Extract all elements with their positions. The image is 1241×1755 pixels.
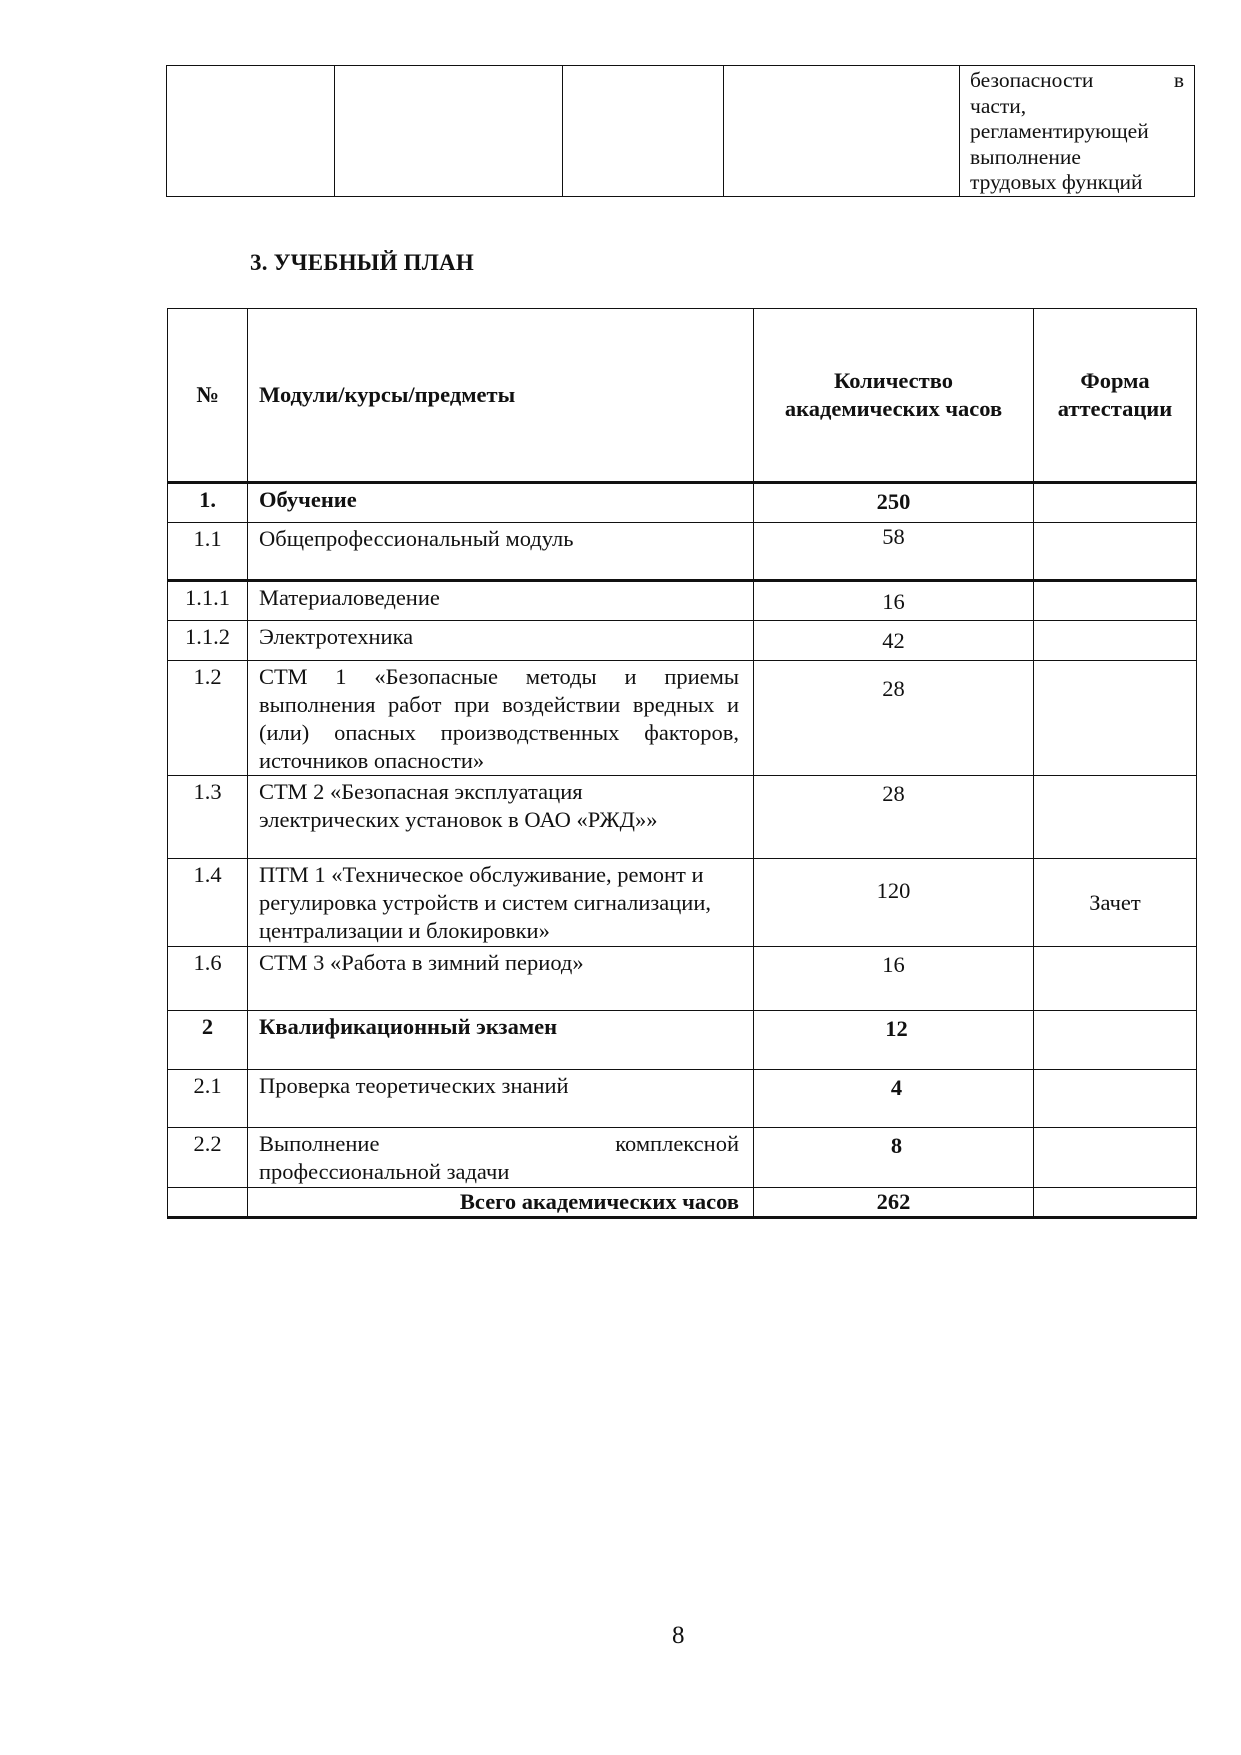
row-name-word: профессиональной задачи xyxy=(259,1158,739,1186)
row-hours: 28 xyxy=(754,776,1034,859)
table-header-row: № Модули/курсы/предметы Количество акаде… xyxy=(168,309,1197,483)
header-number: № xyxy=(168,309,248,483)
row-form xyxy=(1034,483,1197,523)
row-number: 1.4 xyxy=(168,859,248,947)
row-form xyxy=(1034,621,1197,661)
section-heading: 3. УЧЕБНЫЙ ПЛАН xyxy=(250,250,474,276)
row-form xyxy=(1034,1070,1197,1128)
header-form-line: Форма xyxy=(1044,367,1186,395)
cell-text: части, xyxy=(970,94,1184,120)
row-hours: 42 xyxy=(754,621,1034,661)
table-row: безопасности в части, регламентирующей в… xyxy=(167,66,1195,197)
row-name: Обучение xyxy=(248,483,754,523)
row-form xyxy=(1034,581,1197,621)
table-row: 1.6 СТМ 3 «Работа в зимний период» 16 xyxy=(168,947,1197,1011)
table-row: 1.1.2 Электротехника 42 xyxy=(168,621,1197,661)
table-row: 1.2 СТМ 1 «Безопасные методы и приемы вы… xyxy=(168,661,1197,776)
row-name: Проверка теоретических знаний xyxy=(248,1070,754,1128)
page-number: 8 xyxy=(672,1622,685,1650)
row-form xyxy=(1034,776,1197,859)
total-hours: 262 xyxy=(754,1188,1034,1218)
table-row: 1. Обучение 250 xyxy=(168,483,1197,523)
row-number: 1.3 xyxy=(168,776,248,859)
row-name: Квалификационный экзамен xyxy=(248,1011,754,1070)
row-form xyxy=(1034,1128,1197,1188)
row-number: 1.6 xyxy=(168,947,248,1011)
header-name: Модули/курсы/предметы xyxy=(248,309,754,483)
row-name: Выполнение комплексной профессиональной … xyxy=(248,1128,754,1188)
total-label: Всего академических часов xyxy=(248,1188,754,1218)
total-empty-cell xyxy=(168,1188,248,1218)
total-form-cell xyxy=(1034,1188,1197,1218)
empty-cell xyxy=(167,66,335,197)
row-form: Зачет xyxy=(1034,859,1197,947)
row-number: 1. xyxy=(168,483,248,523)
row-number: 2 xyxy=(168,1011,248,1070)
header-hours: Количество академических часов xyxy=(754,309,1034,483)
row-hours: 28 xyxy=(754,661,1034,776)
row-hours: 250 xyxy=(754,483,1034,523)
row-hours: 120 xyxy=(754,859,1034,947)
requirements-cell: безопасности в части, регламентирующей в… xyxy=(960,66,1195,197)
cell-text: выполнение xyxy=(970,145,1184,171)
row-name: ПТМ 1 «Техническое обслуживание, ремонт … xyxy=(248,859,754,947)
header-hours-line: Количество xyxy=(764,367,1023,395)
empty-cell xyxy=(563,66,724,197)
row-name: СТМ 1 «Безопасные методы и приемы выполн… xyxy=(248,661,754,776)
table-row: 1.1 Общепрофессиональный модуль 58 xyxy=(168,523,1197,581)
row-form xyxy=(1034,661,1197,776)
table-row: 2.2 Выполнение комплексной профессиональ… xyxy=(168,1128,1197,1188)
row-name: Общепрофессиональный модуль xyxy=(248,523,754,581)
row-name-word: комплексной xyxy=(615,1130,739,1158)
row-form xyxy=(1034,1011,1197,1070)
row-name-word: Выполнение xyxy=(259,1130,379,1158)
empty-cell xyxy=(335,66,563,197)
row-number: 1.1 xyxy=(168,523,248,581)
header-form-line: аттестации xyxy=(1044,395,1186,423)
empty-cell xyxy=(724,66,960,197)
cell-text: трудовых функций xyxy=(970,170,1184,196)
row-number: 1.2 xyxy=(168,661,248,776)
table-row: 1.3 СТМ 2 «Безопасная эксплуатация элект… xyxy=(168,776,1197,859)
curriculum-table: № Модули/курсы/предметы Количество акаде… xyxy=(167,308,1197,1219)
previous-table-continuation: безопасности в части, регламентирующей в… xyxy=(166,65,1195,197)
row-hours: 16 xyxy=(754,581,1034,621)
cell-text: безопасности xyxy=(970,68,1093,94)
header-form: Форма аттестации xyxy=(1034,309,1197,483)
row-hours: 4 xyxy=(754,1070,1034,1128)
row-hours: 16 xyxy=(754,947,1034,1011)
row-form xyxy=(1034,947,1197,1011)
row-number: 2.2 xyxy=(168,1128,248,1188)
row-hours: 58 xyxy=(754,523,1034,581)
row-hours: 12 xyxy=(754,1011,1034,1070)
row-form xyxy=(1034,523,1197,581)
row-number: 2.1 xyxy=(168,1070,248,1128)
row-name: СТМ 3 «Работа в зимний период» xyxy=(248,947,754,1011)
cell-text: в xyxy=(1174,68,1184,94)
row-name: Электротехника xyxy=(248,621,754,661)
row-number: 1.1.1 xyxy=(168,581,248,621)
row-hours: 8 xyxy=(754,1128,1034,1188)
cell-text: регламентирующей xyxy=(970,119,1184,145)
table-row: 1.1.1 Материаловедение 16 xyxy=(168,581,1197,621)
total-row: Всего академических часов 262 xyxy=(168,1188,1197,1218)
row-number: 1.1.2 xyxy=(168,621,248,661)
table-row: 1.4 ПТМ 1 «Техническое обслуживание, рем… xyxy=(168,859,1197,947)
table-row: 2 Квалификационный экзамен 12 xyxy=(168,1011,1197,1070)
header-hours-line: академических часов xyxy=(764,395,1023,423)
table-row: 2.1 Проверка теоретических знаний 4 xyxy=(168,1070,1197,1128)
row-name: Материаловедение xyxy=(248,581,754,621)
row-name: СТМ 2 «Безопасная эксплуатация электриче… xyxy=(248,776,754,859)
